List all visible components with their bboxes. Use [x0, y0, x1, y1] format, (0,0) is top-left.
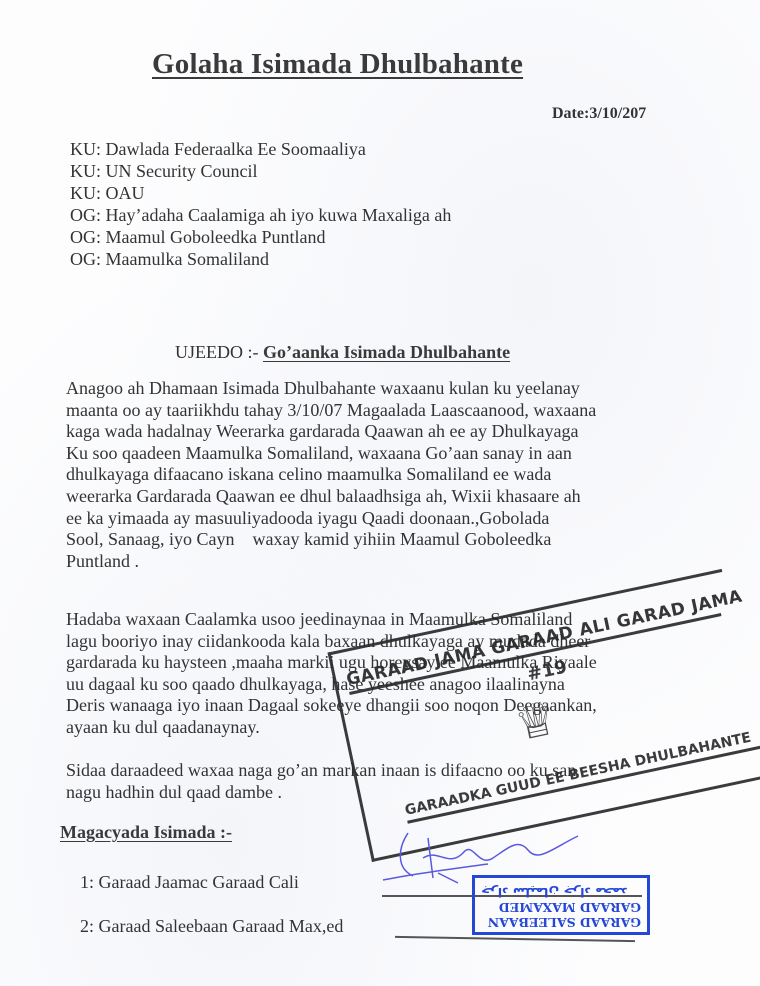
- paragraph-line: maanta oo ay taariikhdu tahay 3/10/07 Ma…: [66, 400, 746, 422]
- subject-title: Go’aanka Isimada Dhulbahante: [263, 342, 510, 362]
- paragraph-line: Sool, Sanaag, iyo Cayn waxay kamid yihii…: [66, 529, 746, 551]
- paragraph-line: weerarka Gardarada Qaawan ee dhul balaad…: [66, 486, 746, 508]
- names-heading: Magacyada Isimada :-: [60, 822, 232, 843]
- blue-name-stamp: GARAAD SALEEBAAN GARAAD MAXAMED جراد سلي…: [472, 875, 650, 935]
- recipient-line: OG: Hay’adaha Caalamiga ah iyo kuwa Maxa…: [70, 204, 451, 226]
- signatory-name: 2: Garaad Saleebaan Garaad Max,ed: [80, 916, 343, 937]
- paragraph-line: kaga wada hadalnay Weerarka gardarada Qa…: [66, 421, 746, 443]
- recipient-line: KU: OAU: [70, 182, 451, 204]
- document-date: Date:3/10/207: [552, 105, 646, 123]
- subject-line: UJEEDO :- Go’aanka Isimada Dhulbahante: [175, 342, 510, 363]
- paragraph-line: Ku soo qaadeen Maamulka Somaliland, waxa…: [66, 443, 746, 465]
- paragraph-line: Anagoo ah Dhamaan Isimada Dhulbahante wa…: [66, 378, 746, 400]
- paragraph-line: Puntland .: [66, 551, 746, 573]
- recipient-list: KU: Dawlada Federaalka Ee Soomaaliya KU:…: [70, 138, 451, 270]
- recipient-line: KU: Dawlada Federaalka Ee Soomaaliya: [70, 138, 451, 160]
- blue-stamp-line: جراد سليمان جراد محمد: [481, 885, 641, 900]
- signatory-name: 1: Garaad Jaamac Garaad Cali: [80, 872, 299, 893]
- blue-stamp-line: GARAAD MAXAMED: [481, 900, 641, 915]
- document-title: Golaha Isimada Dhulbahante: [152, 48, 523, 81]
- blue-stamp-line: GARAAD SALEEBAAN: [481, 915, 641, 930]
- stamp-number: #19: [525, 656, 569, 685]
- paragraph-line: ee ka yimaada ay masuuliyadooda iyagu Qa…: [66, 508, 746, 530]
- recipient-line: OG: Maamul Goboleedka Puntland: [70, 226, 451, 248]
- paragraph-1: Anagoo ah Dhamaan Isimada Dhulbahante wa…: [66, 378, 746, 572]
- recipient-line: OG: Maamulka Somaliland: [70, 248, 451, 270]
- paragraph-line: dhulkayaga difaacano iskana celino maamu…: [66, 464, 746, 486]
- subject-label: UJEEDO :-: [175, 342, 263, 362]
- recipient-line: KU: UN Security Council: [70, 160, 451, 182]
- crown-icon: ♕: [510, 690, 562, 751]
